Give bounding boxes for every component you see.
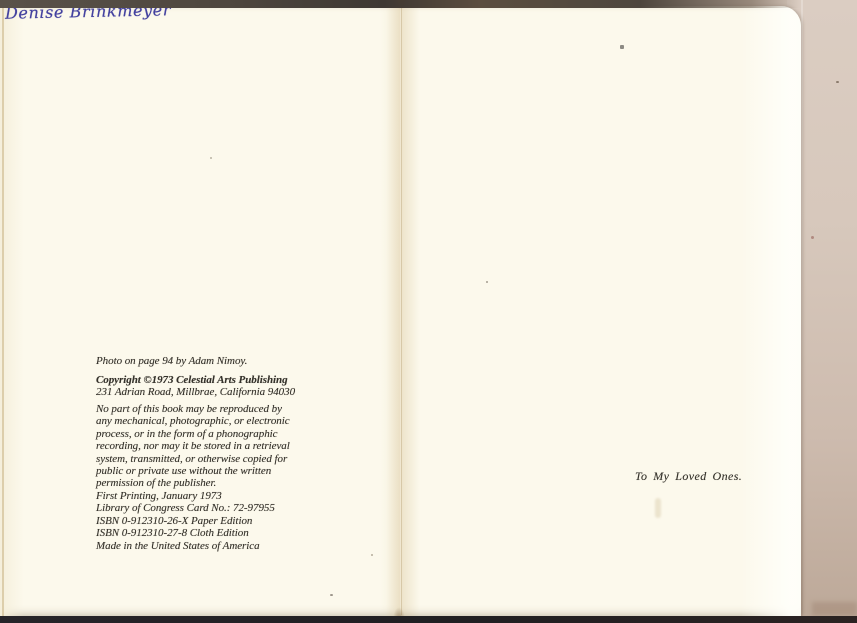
isbn-paper-line: ISBN 0-912310-26-X Paper Edition xyxy=(96,515,275,527)
rights-line: No part of this book may be reproduced b… xyxy=(96,403,290,415)
rights-line: any mechanical, photographic, or electro… xyxy=(96,415,290,427)
gutter-top-notch xyxy=(394,0,408,9)
rights-line: system, transmitted, or otherwise copied… xyxy=(96,453,290,465)
scan-speck xyxy=(371,554,373,556)
book-gutter-crease xyxy=(401,8,402,615)
rights-line: recording, nor may it be stored in a ret… xyxy=(96,440,290,452)
copyright-line: Copyright ©1973 Celestial Arts Publishin… xyxy=(96,374,295,386)
scan-speck xyxy=(620,45,624,49)
book-scan: Denise Brinkmeyer Photo on page 94 by Ad… xyxy=(0,0,857,623)
rights-line: permission of the publisher. xyxy=(96,477,290,489)
photo-credit-line: Photo on page 94 by Adam Nimoy. xyxy=(96,355,247,367)
printing-block: First Printing, January 1973 Library of … xyxy=(96,490,275,552)
publisher-address-line: 231 Adrian Road, Millbrae, California 94… xyxy=(96,386,295,398)
scan-speck xyxy=(486,281,488,283)
dedication-page xyxy=(400,6,801,617)
book-bottom-edge-shadow xyxy=(0,616,857,623)
library-of-congress-line: Library of Congress Card No.: 72-97955 xyxy=(96,502,275,514)
made-in-usa-line: Made in the United States of America xyxy=(96,540,275,552)
copyright-block: Copyright ©1973 Celestial Arts Publishin… xyxy=(96,374,295,399)
first-printing-line: First Printing, January 1973 xyxy=(96,490,275,502)
cover-bottom-shading xyxy=(812,602,857,616)
rights-line: process, or in the form of a phonographi… xyxy=(96,428,290,440)
scan-smudge xyxy=(655,498,661,518)
scan-speck xyxy=(836,81,839,83)
scan-speck xyxy=(210,157,212,159)
book-gutter-shadow xyxy=(386,6,420,617)
page-left-edge xyxy=(2,6,4,617)
scan-speck xyxy=(330,594,333,596)
isbn-cloth-line: ISBN 0-912310-27-8 Cloth Edition xyxy=(96,527,275,539)
scan-speck xyxy=(811,236,814,239)
rights-line: public or private use without the writte… xyxy=(96,465,290,477)
rights-paragraph: No part of this book may be reproduced b… xyxy=(96,403,290,490)
dedication-line: To My Loved Ones. xyxy=(635,470,742,482)
